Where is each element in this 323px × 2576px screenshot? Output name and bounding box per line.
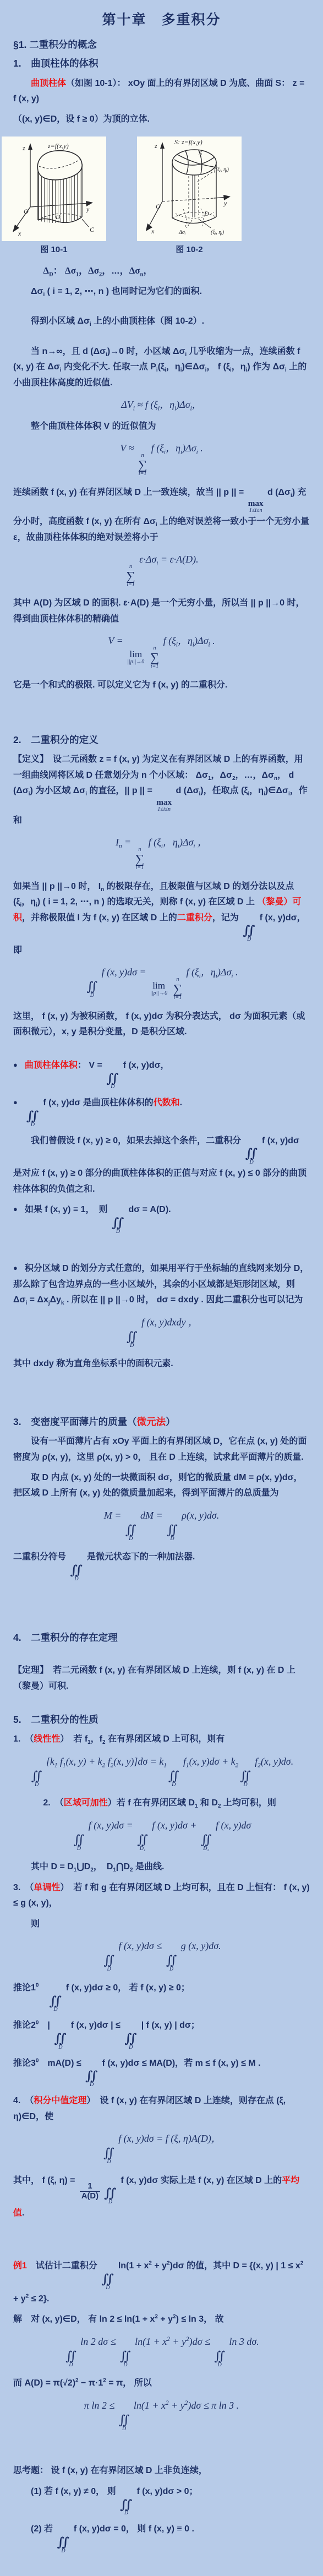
text-line: 3. （单调性） 若 f 和 g 在有界闭区域 D 上均可积，且在 D 上恒有：… [13,1880,310,1912]
text-run: 3. 变密度平面薄片的质量（ [13,1416,137,1427]
text-line: 【定义】 设二元函数 z = f (x, y) 为定义在有界闭区域 D 上的有界… [13,752,310,828]
text-line: 其中， f (ξ, η) = 1A(D)∬D f (x, y)dσ 实际上是 f… [13,2173,310,2222]
spacer [13,698,310,728]
math-operator: n∑i=1 [173,977,182,1001]
text-run: （(x, y)∈D，设 f ≥ 0）为顶的立体. [13,114,150,124]
section-heading: 4. 二重积分的存在定理 [13,1630,310,1645]
text-run: ，f [91,1734,102,1744]
spacer [13,2226,310,2253]
math-operator: ∬D [120,2499,133,2517]
text-run: )Δσ [217,967,231,978]
text-run: dσ = A(D). [126,1205,171,1214]
subscript: 1 [163,1762,167,1769]
text-run: ， D [94,1862,113,1871]
text-run: )dσ ≤ [189,2336,213,2347]
spacer [13,335,310,339]
figure-10-2-caption: 图 10-2 [137,243,242,255]
text-run: + y [13,2294,26,2304]
formula-line: ∬D ln 2 dσ ≤ ∬D ln(1 + x2 + y2)dσ ≤ ∬D l… [13,2335,310,2368]
text-run: . [22,2208,24,2218]
text-run: ，η [232,362,246,372]
section-heading: 3. 变密度平面薄片的质量（微元法） [13,1415,310,1429]
text-run: ) ≤ ln 3， 故 [176,2315,224,2324]
text-run: f (x, y)dσ > 0； [134,2487,198,2496]
text-run: f (x, y)dσ 是曲顶柱体体积的 [41,1098,154,1107]
highlight-text: 积分中值定理 [34,2096,86,2105]
highlight-text: 单调性 [34,1883,60,1892]
text-run: ，η [166,443,180,454]
spacer [13,1649,310,1658]
math-operator: ∬D [49,1995,62,2013]
text-run: ⋂D [116,1862,130,1871]
math-operator: ∬D [125,1524,136,1542]
text-run: 这里， f (x, y) 为被积函数， f (x, y)dσ 为积分表达式， d… [13,1012,305,1036]
text-run: f (x, y)dσ， [121,1061,169,1070]
text-run: ln 3 dσ. [227,2336,259,2347]
text-line: (2) 若 ∬D f (x, y)dσ = 0， 则 f (x, y) ≡ 0 … [13,2522,310,2554]
text-line: 曲顶柱体（如图 10-1）： xOy 面上的有界闭区域 D 为底、曲面 S： z… [13,76,310,107]
text-run: ） 若 f [60,1734,87,1744]
bullet-item: ●曲顶柱体体积： V = ∬D f (x, y)dσ， [13,1058,310,1090]
text-run: ，η [163,837,178,848]
math-operator: ∬D [214,2350,225,2368]
text-run: 是微元状态下的一种加法器. [84,1552,195,1562]
text-run: (x, y) + k [66,1756,102,1767]
text-line: 连续函数 f (x, y) 在有界闭区域 D 上一致连续，故当 || p || … [13,485,310,545]
text-run: 其中 D = D [31,1862,74,1871]
text-run: 而 A(D) = π(√2) [13,2378,75,2388]
text-run: = Δx [27,1295,48,1305]
text-run: ΔV [121,399,133,410]
text-line: 推论20 | ∬D f (x, y)dσ | ≤ ∬D | f (x, y) |… [13,2018,310,2050]
document-body: ΔD： Δσ1，Δσ2，⋯，Δσn，Δσi ( i = 1, 2, ⋯, n )… [13,263,310,2555]
text-run: 我们曾假设 f (x, y) ≥ 0，如果去掉这个条件，二重积分 [31,1136,244,1145]
section-heading: §1. 二重积分的概念 [13,37,310,52]
text-run: M = [104,1510,124,1521]
formula-line: ΔD： Δσ1，Δσ2，⋯，Δσn， [13,263,310,276]
text-run: ： V = [78,1061,105,1070]
math-operator: n∑i=1 [138,453,147,477]
text-run: ， [195,837,208,848]
text-run: )→0 时，小区域 Δσ [107,347,185,356]
text-run: f (x, y)dσ ≤ [116,1940,165,1951]
spacer [13,1699,310,1708]
text-run: 和 D [198,1798,218,1808]
text-run: 其中， f (ξ, η) = [13,2176,78,2185]
formula-line: ∬D f (x, y)dσ = lim||p||→0 n∑i=1 f (ξi，η… [13,966,310,1001]
text-line: 思考题： 设 f (x, y) 在有界闭区域 D 上非负连续， [13,2463,310,2479]
text-run: ： Δσ [53,265,76,276]
math-operator: ∬D [240,1770,251,1788]
text-run: (1) 若 f (x, y) ≠ 0， 则 [31,2487,118,2496]
cylinder-figure-2: z S: z=f(x,y) S O y x f(ξᵢ, ηᵢ) D Δσᵢ (ξ… [137,137,242,241]
fig1-surface-label: z=f(x,y) [47,142,69,150]
text-run: 推论1 [13,1983,36,1993]
math-operator: ∬D [26,1110,39,1128]
text-run: ，η [160,399,174,410]
text-run: − π·1 [79,2378,103,2388]
text-run: f (x, y)dσ = f (ξ, η)A(D)， [116,2133,221,2144]
math-operator: ∬D [245,1148,258,1166]
math-operator: n∑i=1 [150,646,159,669]
fig1-y-axis-label: y [86,205,90,213]
text-line: 推论30 mA(D) ≤ ∬D f (x, y)dσ ≤ MA(D)，若 m ≤… [13,2056,310,2088]
text-run: f (ξ [161,635,176,646]
text-line: 这里， f (x, y) 为被积函数， f (x, y)dσ 为积分表达式， d… [13,1009,310,1040]
formula-line: M = ∬D dM = ∬D ρ(x, y)dσ. [13,1509,310,1542]
text-run: 【定理】 若二元函数 f (x, y) 在有界闭区域 D 上连续，则 f (x,… [13,1666,295,1690]
text-run: Δy [50,1295,61,1305]
text-run: 如果当 || p ||→0 时， I [13,882,101,891]
math-operator: ∬D [112,1217,124,1235]
text-run: ， [192,399,202,410]
fig1-curve-label: C [90,226,95,233]
text-run: 二重积分符号 [13,1552,68,1562]
text-line: 整个曲顶柱体体积 V 的近似值为 [13,419,310,434]
text-run: 则 [31,1919,40,1929]
spacer [13,1587,310,1626]
fig1-region-label: D [55,213,61,221]
text-run: ≈ f (ξ [135,399,158,410]
text-run: ）若 f 在有界闭区域 D [108,1798,195,1808]
highlight-text: 例1 [13,2261,27,2271]
text-line: 推论10 ∬D f (x, y)dσ ≥ 0， 若 f (x, y) ≥ 0； [13,1980,310,2013]
text-run: f (x, y)dσ 实际上是 f (x, y) 在区域 D 上的 [118,2176,282,2185]
text-line: 设有一平面薄片占有 xOy 平面上的有界闭区域 D，它在点 (x, y) 处的面… [13,1434,310,1465]
text-run: ，η [201,967,216,978]
text-run: dM = [138,1510,166,1521]
text-line: 当 n→∞，且 d (Δσi)→0 时，小区域 Δσi 几乎收缩为一点，连续函数… [13,344,310,391]
text-run: (x, y)dσ + k [189,1756,236,1767]
text-run: 其中 dxdy 称为直角坐标系中的面积元素. [13,1359,173,1368]
math-operator: lim||p||→0 [127,650,144,665]
highlight-text: 曲顶柱体体积 [25,1061,78,1070]
figures-row: z z=f(x,y) O y x D C [2,137,310,241]
text-line: (1) 若 f (x, y) ≠ 0， 则 ∬D f (x, y)dσ > 0； [13,2484,310,2517]
formula-line: ∬D f (x, y)dσ = ∬D₁ f (x, y)dσ + ∬D₂ f (… [13,1819,310,1852]
text-run: 5. 二重积分的性质 [13,1714,98,1725]
text-run: 4. （ [13,2096,34,2105]
bullet-item: ●如果 f (x, y) ≡ 1， 则 ∬D dσ = A(D). [13,1202,310,1235]
text-run: 的直径，|| p || = [87,786,155,795]
text-run: . [180,1098,182,1107]
text-run: 3. （ [13,1883,34,1892]
text-run [146,635,149,646]
text-run: f [181,1756,187,1767]
text-run: ln(1 + x [116,2261,149,2271]
subscript: 2 [236,1762,239,1769]
fig1-z-axis-label: z [22,144,25,152]
text-run: + y [158,2315,173,2324]
math-operator: ∬D [103,2147,114,2165]
text-line: 4. （积分中值定理） 设 f (x, y) 在有界闭区域 D 上连续，则存在点… [13,2093,310,2125]
math-operator: ∬D [166,1955,177,1973]
text-line: 而 A(D) = π(√2)2 − π·12 = π， 所以 [13,2376,310,2391]
text-run: ，记为 [212,913,241,923]
highlight-text: 微元法 [137,1416,166,1427]
fig2-surface-label: S [199,149,202,157]
text-run: (x, y)]dσ = k [113,1756,163,1767]
text-run: + y [152,2261,167,2271]
highlight-text: 二重积分 [177,913,212,923]
fig2-surface-eq-label: S: z=f(x,y) [174,138,202,146]
text-run: f (x, y)dxdy ， [139,1317,198,1328]
fig2-y-axis-label: y [223,199,227,207]
text-run: = ε·A(D). [158,554,198,565]
text-run: ，Δσ [79,265,99,276]
text-run: f (ξ [184,967,199,978]
text-run: 连续函数 f (x, y) 在有界闭区域 D 上一致连续，故当 || p || … [13,488,247,497]
fig2-z-axis-label: z [154,142,157,150]
math-operator: ∬D [70,1564,83,1582]
text-run: f (x, y)dσ = 0， 则 f (x, y) ≡ 0 . [71,2524,194,2534]
bullet-icon: ● [13,1098,18,1106]
text-line: 其中 A(D) 为区域 D 的面积. ε·A(D) 是一个无穷小量，所以当 ||… [13,596,310,627]
text-line: 2. （区域可加性）若 f 在有界闭区域 D1 和 D2 上均可积，则 [13,1795,310,1811]
math-operator: n∑i=1 [135,847,144,871]
text-run: ， [143,265,152,276]
text-run: 内变化不大. 任取一点 P [61,362,156,372]
text-run: f (x, y)dσ ≥ 0， 若 f (x, y) ≥ 0； [63,1983,189,1993]
text-line: 其中 D = D1⋃D2， D1⋂D2 是曲线. [13,1859,310,1875]
math-operator: ∬D [101,2273,114,2291]
math-operator: ∬D [104,2187,117,2206]
math-operator: ∬D [167,1524,178,1542]
text-run: + y [170,2336,186,2347]
text-run: ，Δσ [211,771,232,780]
section-heading: 5. 二重积分的性质 [13,1712,310,1727]
text-run: V ≈ [120,443,136,454]
text-run: 2. 二重积分的定义 [13,734,98,745]
text-run: f [57,1756,63,1767]
math-operator: ∬D [65,2350,76,2368]
text-line: 解 对 (x, y)∈D， 有 ln 2 ≤ ln(1 + x2 + y2) ≤… [13,2312,310,2327]
figure-10-2: z S: z=f(x,y) S O y x f(ξᵢ, ηᵢ) D Δσᵢ (ξ… [137,137,242,241]
text-run [39,1983,47,1993]
math-operator: ∬D [103,1955,114,1973]
chapter-title: 第十章 多重积分 [13,9,310,29]
text-run: d (Δσ [173,786,199,795]
text-run: 推论3 [13,2059,36,2068]
text-run: 第十章 多重积分 [102,12,221,28]
bullet-icon: ● [13,1205,18,1213]
text-run: ) ( i = 1, 2, ⋯, n ) 的选取无关，则称 f (x, y) 在… [37,897,258,907]
text-run: 设有一平面薄片占有 xOy 平面上的有界闭区域 D，它在点 (x, y) 处的面… [13,1437,306,1461]
math-operator: ∬D [127,1331,138,1349]
math-operator: ∬D [74,1834,85,1852]
text-run: 其中 A(D) 为区域 D 的面积. ε·A(D) 是一个无穷小量，所以当 ||… [13,598,305,623]
section-heading: 2. 二重积分的定义 [13,733,310,747]
fig2-point-label: (ξᵢ, ηᵢ) [211,230,225,236]
text-run: 取 D 内点 (x, y) 处的一块微面积 dσ，则它的微质量 dM = ρ(x… [13,1473,303,1498]
math-operator: n∑i=1 [126,564,135,588]
text-run: = [122,837,134,848]
formula-line: V ≈ n∑i=1 f (ξi，ηi)Δσi . [13,442,310,477]
bullet-item: ●积分区域 D 的划分方式任意的，如果用平行于坐标轴的直线网来划分 D，那么除了… [13,1261,310,1308]
math-operator: ∬D [119,2414,130,2432]
fig2-origin-label: O [156,203,161,210]
text-run: f [253,1756,258,1767]
text-run: [k [43,1756,54,1767]
text-line: Δσi ( i = 1, 2, ⋯, n ) 也同时记为它们的面积. [13,284,310,299]
text-run: . 所以在 || p ||→0 时， dσ = dxdy . 因此二重积分也可以… [64,1295,303,1305]
text-run: ，⋯，Δσ [102,265,140,276]
figure-10-1-caption: 图 10-1 [2,243,106,255]
text-run: )Δσ [194,635,208,646]
text-run: )dσ 的值，其中 D = {(x, y) | 1 ≤ x [170,2261,300,2271]
text-run: 它是一个和式的极限. 可以定义它为 f (x, y) 的二重积分. [13,680,227,690]
text-run: ） [166,1416,176,1427]
section-heading: 1. 曲顶柱体的体积 [13,56,310,70]
text-run [169,967,172,978]
text-run: 如果 f (x, y) ≡ 1， 则 [25,1205,110,1214]
text-run: ε·Δσ [137,554,157,565]
text-run: f (x, y)dσ + [150,1820,199,1831]
text-run: ，η [249,786,264,795]
text-run: ln 2 dσ ≤ [78,2336,118,2347]
text-run: ， f (ξ [206,362,230,372]
formula-line: n∑i=1 ε·Δσi = ε·A(D). [13,553,310,588]
text-run: V = [108,635,125,646]
text-run: ) 为小区域 Δσ [30,786,86,795]
text-run: f (ξ [149,443,164,454]
text-run: Δσ [31,287,43,296]
math-operator: max1≤i≤n [156,798,172,813]
text-line: 取 D 内点 (x, y) 处的一块微面积 dσ，则它的微质量 dM = ρ(x… [13,1470,310,1502]
highlight-text: 代数和 [154,1098,180,1107]
math-operator: ∬D [120,2350,131,2368]
text-run: )∈Δσ [182,362,205,372]
text-run: + y [169,2400,185,2411]
spacer [13,1045,310,1053]
cylinder-figure-1: z z=f(x,y) O y x D C [2,137,106,241]
text-run: π ln 2 ≤ [84,2400,117,2411]
formula-line: ∬D f (x, y)dσ ≤ ∬D g (x, y)dσ. [13,1940,310,1973]
superscript: 2 [300,2261,304,2267]
text-line: 它是一个和式的极限. 可以定义它为 f (x, y) 的二重积分. [13,678,310,693]
text-line: 其中 dxdy 称为直角坐标系中的面积元素. [13,1356,310,1372]
text-run: (2) 若 [31,2524,55,2534]
math-operator: ∬D [54,2033,67,2051]
spacer [13,304,310,309]
math-operator: ∬D [85,2070,98,2088]
text-run: ) 作为 Δσ [247,362,285,372]
text-run: f (x, y)dσ [213,1820,251,1831]
math-operator: lim||p||→0 [150,981,167,997]
math-operator: ∬D [57,2536,69,2555]
text-run: f [105,1756,111,1767]
highlight-text: 曲顶柱体 [31,79,66,88]
text-line: 我们曾假设 f (x, y) ≥ 0，如果去掉这个条件，二重积分 ∬D f (x… [13,1133,310,1197]
text-run: 当 n→∞，且 d (Δσ [31,347,106,356]
formula-line: ΔVi ≈ f (ξi，ηi)Δσi， [13,399,310,411]
text-run: )Δσ [176,399,190,410]
text-run: )Δσ [182,443,196,454]
math-operator: ∬D₂ [201,1834,212,1852]
text-run: ρ(x, y)dσ. [179,1510,219,1521]
text-run: )dσ ≤ π ln 3 . [188,2400,239,2411]
math-operator: ∬D [243,925,255,943]
math-operator: ∬D [124,2033,137,2051]
math-operator: ∬D₁ [137,1834,148,1852]
text-run: 试估计二重积分 [27,2261,100,2271]
text-run: f (ξ [146,837,161,848]
text-run: 整个曲顶柱体体积 V 的近似值为 [31,422,156,431]
text-run: d (Δσ [265,488,291,497]
fig2-area-label: Δσᵢ [178,230,186,236]
text-run: ⋃D [76,1862,90,1871]
text-run: Δ [43,265,49,276]
text-run: ，η [178,635,193,646]
text-run: 是曲线. [133,1862,165,1871]
text-line: 【定理】 若二元函数 f (x, y) 在有界闭区域 D 上连续，则 f (x,… [13,1663,310,1694]
highlight-text: 区域可加性 [64,1798,108,1808]
formula-line: V = lim||p||→0 n∑i=1 f (ξi，ηi)Δσi . [13,635,310,669]
math-operator: max1≤i≤n [248,499,264,514]
text-run: . [198,443,203,454]
figure-10-1: z z=f(x,y) O y x D C [2,137,106,241]
math-operator: ∬D [168,1770,179,1788]
bullet-icon: ● [13,1264,18,1272]
text-run: )∈Δσ [265,786,288,795]
text-run: 4. 二重积分的存在定理 [13,1632,118,1643]
text-run: )，任取点 (ξ [200,786,248,795]
formula-line: ∬D f (x, y)dσ = f (ξ, η)A(D)， [13,2132,310,2165]
fig2-height-label: f(ξᵢ, ηᵢ) [214,167,229,173]
text-line: 二重积分符号 ∬D 是微元状态下的一种加法器. [13,1549,310,1582]
text-run: ( i = 1, 2, ⋯, n ) 也同时记为它们的面积. [45,287,202,296]
text-line: 如果当 || p ||→0 时， In 的极限存在，且极限值与区域 D 的划分法… [13,879,310,959]
text-run: mA(D) ≤ [39,2059,84,2068]
fig1-x-axis-label: x [18,230,21,237]
fraction: 1A(D) [80,2182,100,2201]
math-operator: ∬D [106,1073,119,1091]
text-run: ，…，Δσ [236,771,274,780]
text-run: 上的小曲顶柱体（图 10-2）. [91,316,204,326]
formula-line: In = n∑i=1 f (ξi，ηi)Δσi ， [13,836,310,871]
text-run: 1. （ [13,1734,34,1744]
text-line: 例1 试估计二重积分 ∬D ln(1 + x2 + y2)dσ 的值，其中 D … [13,2258,310,2307]
spacer [13,2439,310,2458]
text-run: ，η [166,362,180,372]
text-run: 上均可积，则 [221,1798,276,1808]
text-run: 在有界闭区域 D 上可积，则有 [106,1734,225,1744]
formula-line: ∬D f (x, y)dxdy ， [13,1316,310,1349]
subscript: D [49,271,53,277]
text-run: ，η [21,897,36,907]
text-run: = π， 所以 [106,2378,152,2388]
figure-captions: 图 10-1 图 10-2 [2,243,310,255]
text-run: . [233,967,238,978]
text-run: 得到小区域 Δσ [31,316,90,326]
text-run: 1. 曲顶柱体的体积 [13,58,98,69]
text-line: （(x, y)∈D，设 f ≥ 0）为顶的立体. [13,112,310,127]
bullet-icon: ● [13,1061,18,1069]
math-operator: ∬D [87,981,98,999]
text-line: 1. （线性性） 若 f1，f2 在有界闭区域 D 上可积，则有 [13,1732,310,1747]
text-run: (ξ [158,362,165,372]
text-run: )Δσ [179,837,193,848]
text-run: §1. 二重积分的概念 [13,39,97,50]
text-run: 推论2 [13,2021,36,2030]
text-run: f (x, y)dσ = [86,1820,135,1831]
document-page: 第十章 多重积分§1. 二重积分的概念1. 曲顶柱体的体积曲顶柱体（如图 10-… [0,0,323,2576]
text-line: 则 [13,1917,310,1932]
spacer [13,1240,310,1256]
formula-line: π ln 2 ≤ ∬D ln(1 + x2 + y2)dσ ≤ π ln 3 . [13,2399,310,2432]
fig1-origin-label: O [24,208,29,215]
text-run: 思考题： 设 f (x, y) 在有界闭区域 D 上非负连续， [13,2466,207,2475]
